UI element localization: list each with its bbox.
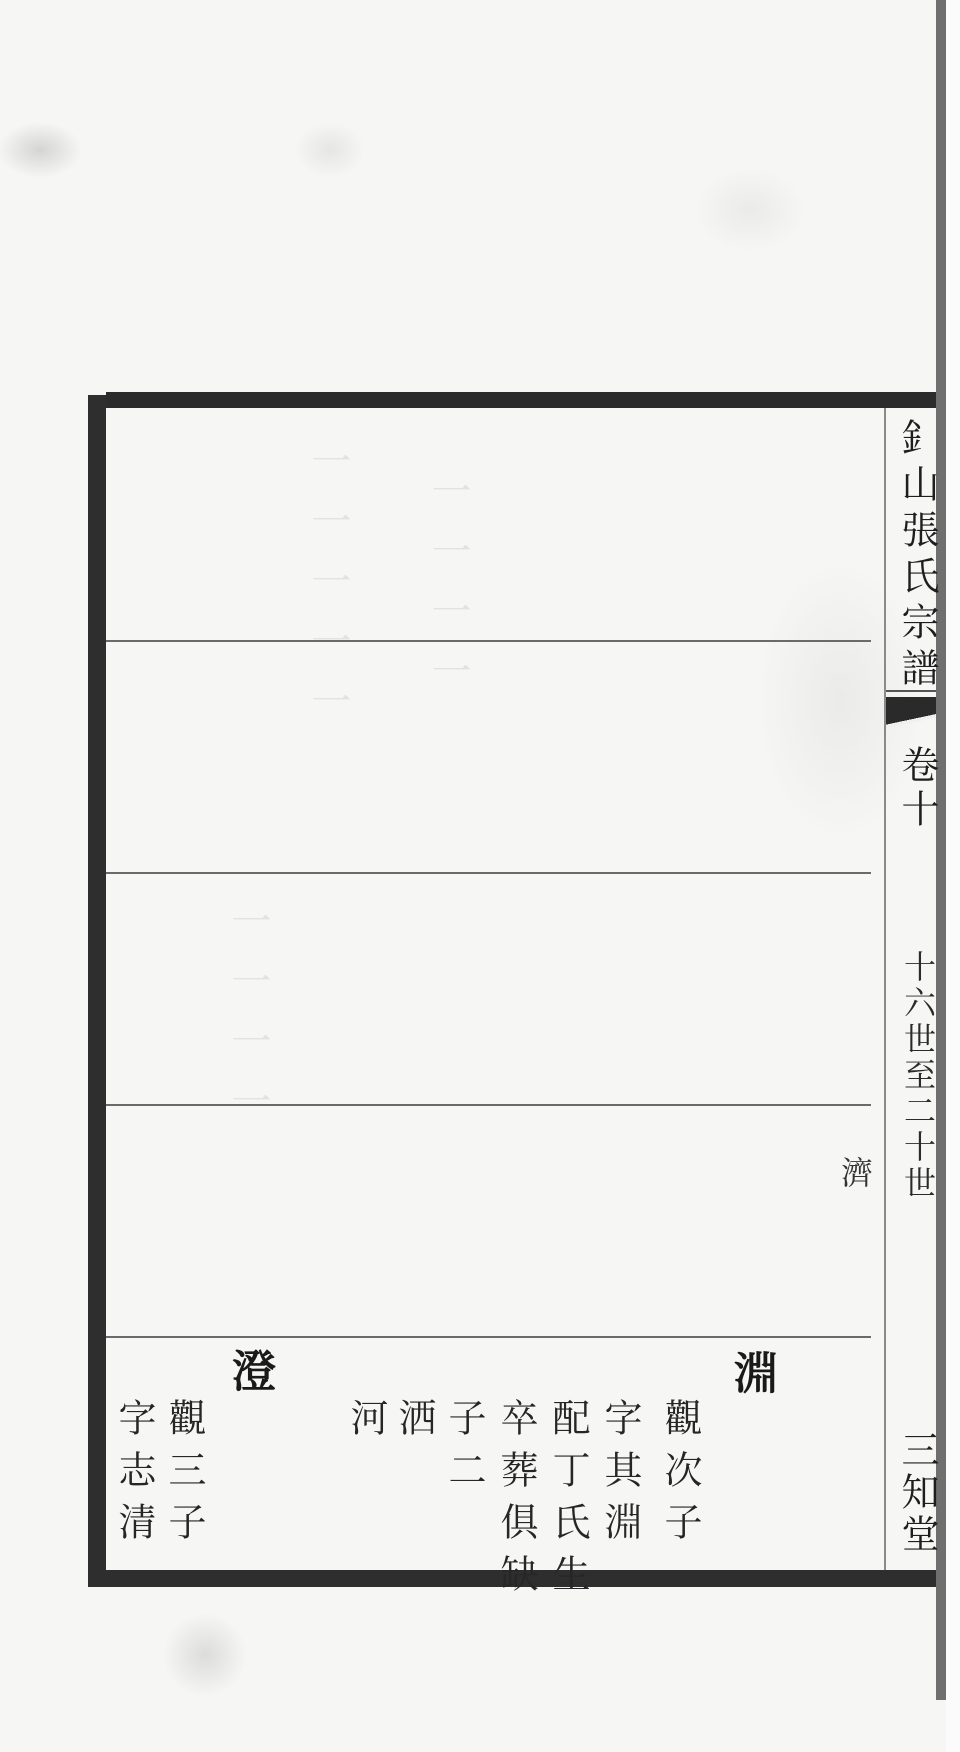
- generation-range: 十六世至二十世: [902, 950, 934, 1202]
- register-row-divider: [106, 1336, 871, 1338]
- entry-line: 洒: [394, 1398, 434, 1450]
- register-name-ji: 濟: [838, 1156, 872, 1202]
- page-number-and-hall: 三知堂: [898, 1430, 936, 1556]
- register-row-divider: [106, 1104, 871, 1106]
- bleed-through-text: 一一一一: [420, 470, 477, 710]
- page-edge: [946, 0, 960, 1752]
- entry-line: 卒葬俱缺: [496, 1398, 536, 1606]
- register-row-divider: [106, 872, 871, 874]
- frame-border-left: [88, 395, 106, 1587]
- book-title: 釒山張氏宗譜: [898, 418, 936, 694]
- frame-border-top: [106, 392, 936, 408]
- entry-line: 河: [346, 1398, 386, 1450]
- entry-line: 字志清: [114, 1398, 154, 1554]
- entry-line: 觀次子: [660, 1398, 700, 1554]
- margin-column-divider: [884, 408, 886, 1570]
- hall-name: 知堂: [895, 1472, 939, 1556]
- page-number: 三: [895, 1430, 939, 1472]
- register-row-divider: [106, 640, 871, 642]
- fishtail-mark: [886, 697, 936, 731]
- volume-label: 卷十: [898, 745, 936, 833]
- entry-line: 配丁氏生: [548, 1398, 588, 1606]
- entry-line: 觀三子: [164, 1398, 204, 1554]
- register-name-cheng: 澄: [226, 1348, 272, 1406]
- register-name-yuan: 淵: [728, 1350, 774, 1408]
- entry-line: 字其淵: [600, 1398, 640, 1554]
- bleed-through-text: 一一一一一: [300, 440, 357, 740]
- entry-line: 子二: [444, 1398, 484, 1502]
